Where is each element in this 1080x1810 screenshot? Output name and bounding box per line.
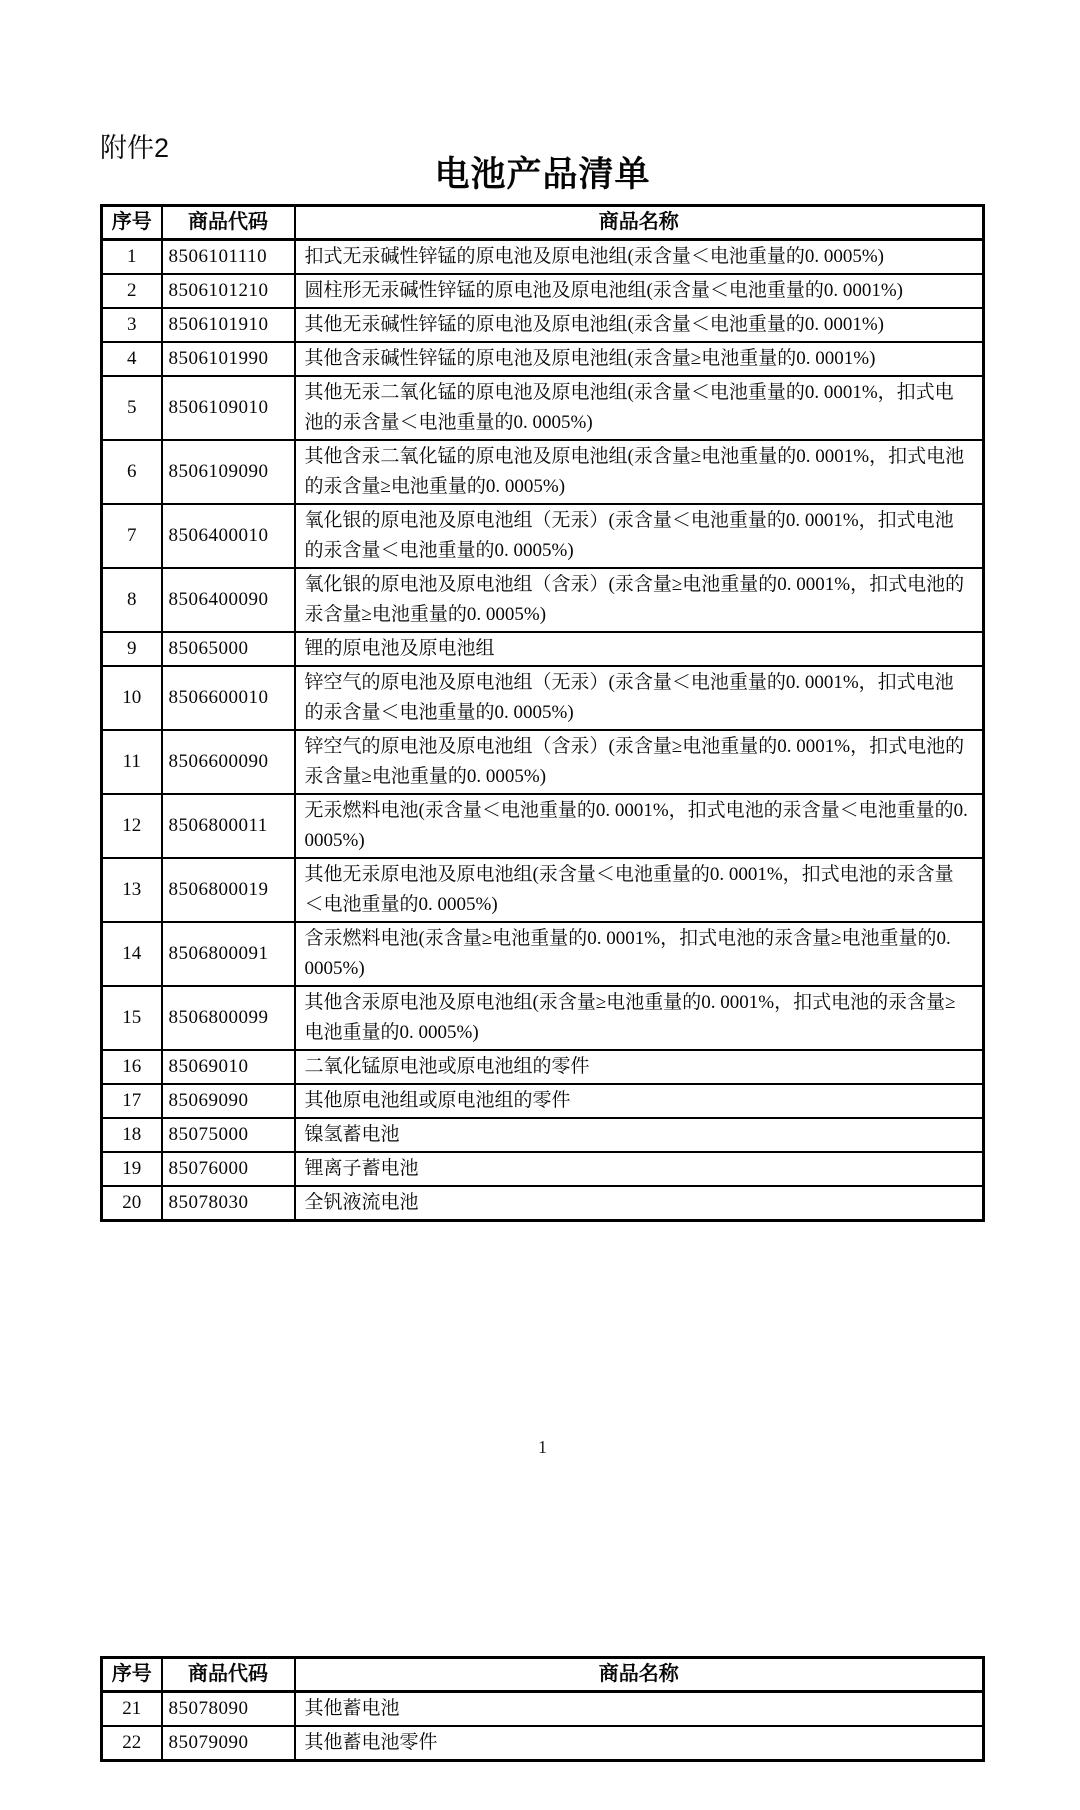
header-row: 序号 商品代码 商品名称	[102, 1658, 984, 1692]
product-name-cell: 锌空气的原电池及原电池组（无汞）(汞含量＜电池重量的0. 0001%，扣式电池的…	[295, 666, 984, 730]
table-row: 18506101110扣式无汞碱性锌锰的原电池及原电池组(汞含量＜电池重量的0.…	[102, 240, 984, 275]
table-row: 128506800011无汞燃料电池(汞含量＜电池重量的0. 0001%，扣式电…	[102, 794, 984, 858]
product-name-cell: 其他无汞原电池及原电池组(汞含量＜电池重量的0. 0001%，扣式电池的汞含量＜…	[295, 858, 984, 922]
row-number-cell: 6	[102, 440, 162, 504]
row-number-cell: 18	[102, 1118, 162, 1152]
row-number-cell: 21	[102, 1692, 162, 1727]
document-page: 附件2 电池产品清单 序号 商品代码 商品名称 18506101110扣式无汞碱…	[0, 0, 1080, 1810]
product-name-cell: 其他无汞二氧化锰的原电池及原电池组(汞含量＜电池重量的0. 0001%，扣式电池…	[295, 376, 984, 440]
row-number-cell: 14	[102, 922, 162, 986]
product-name-cell: 无汞燃料电池(汞含量＜电池重量的0. 0001%，扣式电池的汞含量＜电池重量的0…	[295, 794, 984, 858]
row-number-cell: 3	[102, 308, 162, 342]
product-name-cell: 镍氢蓄电池	[295, 1118, 984, 1152]
product-name-cell: 含汞燃料电池(汞含量≥电池重量的0. 0001%，扣式电池的汞含量≥电池重量的0…	[295, 922, 984, 986]
product-code-cell: 85065000	[162, 632, 295, 666]
table-row: 1885075000镍氢蓄电池	[102, 1118, 984, 1152]
product-code-cell: 8506101210	[162, 274, 295, 308]
product-code-cell: 8506109090	[162, 440, 295, 504]
table-row: 88506400090氧化银的原电池及原电池组（含汞）(汞含量≥电池重量的0. …	[102, 568, 984, 632]
product-code-cell: 8506101110	[162, 240, 295, 275]
row-number-cell: 4	[102, 342, 162, 376]
column-header-code: 商品代码	[162, 206, 295, 240]
product-code-cell: 85075000	[162, 1118, 295, 1152]
product-name-cell: 其他蓄电池	[295, 1692, 984, 1727]
row-number-cell: 10	[102, 666, 162, 730]
product-code-cell: 8506400090	[162, 568, 295, 632]
product-code-cell: 8506800011	[162, 794, 295, 858]
table-row: 78506400010氧化银的原电池及原电池组（无汞）(汞含量＜电池重量的0. …	[102, 504, 984, 568]
table-row: 1685069010二氧化锰原电池或原电池组的零件	[102, 1050, 984, 1084]
product-code-cell: 8506800019	[162, 858, 295, 922]
header-row: 序号 商品代码 商品名称	[102, 206, 984, 240]
product-code-cell: 8506800099	[162, 986, 295, 1050]
product-code-cell: 85078030	[162, 1186, 295, 1221]
product-code-cell: 8506400010	[162, 504, 295, 568]
product-code-cell: 8506101990	[162, 342, 295, 376]
product-name-cell: 其他含汞碱性锌锰的原电池及原电池组(汞含量≥电池重量的0. 0001%)	[295, 342, 984, 376]
product-name-cell: 其他原电池组或原电池组的零件	[295, 1084, 984, 1118]
column-header-no: 序号	[102, 1658, 162, 1692]
row-number-cell: 17	[102, 1084, 162, 1118]
row-number-cell: 9	[102, 632, 162, 666]
product-name-cell: 其他含汞原电池及原电池组(汞含量≥电池重量的0. 0001%，扣式电池的汞含量≥…	[295, 986, 984, 1050]
product-name-cell: 锌空气的原电池及原电池组（含汞）(汞含量≥电池重量的0. 0001%，扣式电池的…	[295, 730, 984, 794]
table-row: 58506109010其他无汞二氧化锰的原电池及原电池组(汞含量＜电池重量的0.…	[102, 376, 984, 440]
product-name-cell: 氧化银的原电池及原电池组（无汞）(汞含量＜电池重量的0. 0001%，扣式电池的…	[295, 504, 984, 568]
table-row: 158506800099其他含汞原电池及原电池组(汞含量≥电池重量的0. 000…	[102, 986, 984, 1050]
row-number-cell: 13	[102, 858, 162, 922]
battery-product-table-2: 序号 商品代码 商品名称 2185078090其他蓄电池2285079090其他…	[100, 1656, 985, 1762]
table-row: 48506101990其他含汞碱性锌锰的原电池及原电池组(汞含量≥电池重量的0.…	[102, 342, 984, 376]
product-code-cell: 8506600010	[162, 666, 295, 730]
table-row: 38506101910其他无汞碱性锌锰的原电池及原电池组(汞含量＜电池重量的0.…	[102, 308, 984, 342]
row-number-cell: 12	[102, 794, 162, 858]
table-row: 118506600090锌空气的原电池及原电池组（含汞）(汞含量≥电池重量的0.…	[102, 730, 984, 794]
row-number-cell: 15	[102, 986, 162, 1050]
product-code-cell: 85069010	[162, 1050, 295, 1084]
product-code-cell: 85069090	[162, 1084, 295, 1118]
table-row: 108506600010锌空气的原电池及原电池组（无汞）(汞含量＜电池重量的0.…	[102, 666, 984, 730]
row-number-cell: 8	[102, 568, 162, 632]
table-row: 138506800019其他无汞原电池及原电池组(汞含量＜电池重量的0. 000…	[102, 858, 984, 922]
product-code-cell: 8506109010	[162, 376, 295, 440]
product-code-cell: 8506600090	[162, 730, 295, 794]
product-name-cell: 圆柱形无汞碱性锌锰的原电池及原电池组(汞含量＜电池重量的0. 0001%)	[295, 274, 984, 308]
column-header-name: 商品名称	[295, 1658, 984, 1692]
table-row: 2185078090其他蓄电池	[102, 1692, 984, 1727]
product-code-cell: 8506800091	[162, 922, 295, 986]
row-number-cell: 1	[102, 240, 162, 275]
table-row: 1785069090其他原电池组或原电池组的零件	[102, 1084, 984, 1118]
product-name-cell: 其他含汞二氧化锰的原电池及原电池组(汞含量≥电池重量的0. 0001%，扣式电池…	[295, 440, 984, 504]
table-row: 2085078030全钒液流电池	[102, 1186, 984, 1221]
table-row: 2285079090其他蓄电池零件	[102, 1726, 984, 1761]
product-name-cell: 扣式无汞碱性锌锰的原电池及原电池组(汞含量＜电池重量的0. 0005%)	[295, 240, 984, 275]
row-number-cell: 22	[102, 1726, 162, 1761]
product-code-cell: 85076000	[162, 1152, 295, 1186]
product-code-cell: 85079090	[162, 1726, 295, 1761]
table-row: 68506109090其他含汞二氧化锰的原电池及原电池组(汞含量≥电池重量的0.…	[102, 440, 984, 504]
column-header-code: 商品代码	[162, 1658, 295, 1692]
column-header-no: 序号	[102, 206, 162, 240]
table-row: 148506800091含汞燃料电池(汞含量≥电池重量的0. 0001%，扣式电…	[102, 922, 984, 986]
row-number-cell: 2	[102, 274, 162, 308]
product-name-cell: 锂离子蓄电池	[295, 1152, 984, 1186]
table-row: 1985076000锂离子蓄电池	[102, 1152, 984, 1186]
column-header-name: 商品名称	[295, 206, 984, 240]
row-number-cell: 7	[102, 504, 162, 568]
row-number-cell: 5	[102, 376, 162, 440]
row-number-cell: 20	[102, 1186, 162, 1221]
battery-product-table-1: 序号 商品代码 商品名称 18506101110扣式无汞碱性锌锰的原电池及原电池…	[100, 204, 985, 1222]
table-row: 985065000锂的原电池及原电池组	[102, 632, 984, 666]
product-name-cell: 二氧化锰原电池或原电池组的零件	[295, 1050, 984, 1084]
table-row: 28506101210圆柱形无汞碱性锌锰的原电池及原电池组(汞含量＜电池重量的0…	[102, 274, 984, 308]
product-code-cell: 8506101910	[162, 308, 295, 342]
product-name-cell: 其他蓄电池零件	[295, 1726, 984, 1761]
row-number-cell: 11	[102, 730, 162, 794]
product-name-cell: 氧化银的原电池及原电池组（含汞）(汞含量≥电池重量的0. 0001%，扣式电池的…	[295, 568, 984, 632]
row-number-cell: 19	[102, 1152, 162, 1186]
page-title: 电池产品清单	[100, 147, 985, 197]
product-code-cell: 85078090	[162, 1692, 295, 1727]
product-name-cell: 锂的原电池及原电池组	[295, 632, 984, 666]
page-number: 1	[100, 1437, 985, 1458]
product-name-cell: 全钒液流电池	[295, 1186, 984, 1221]
product-name-cell: 其他无汞碱性锌锰的原电池及原电池组(汞含量＜电池重量的0. 0001%)	[295, 308, 984, 342]
row-number-cell: 16	[102, 1050, 162, 1084]
